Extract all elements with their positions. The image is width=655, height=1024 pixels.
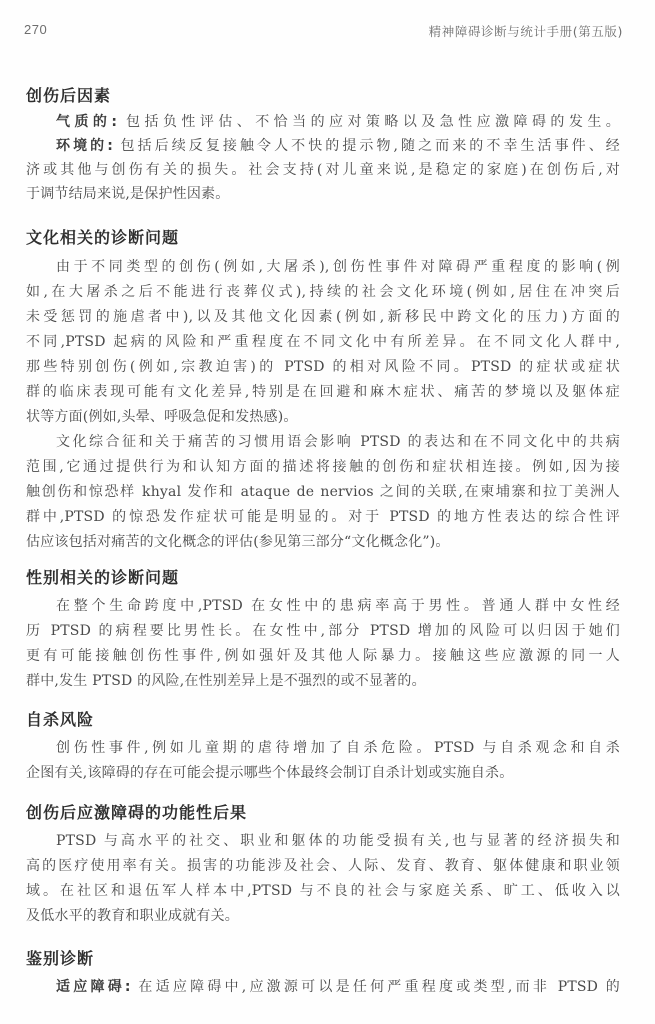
running-header: 270 精神障碍诊断与统计手册(第五版) — [24, 22, 623, 40]
line-text: 包括后续反复接触令人不快的提示物,随之而来的不幸生活事件、经 — [113, 138, 620, 154]
term-label: 气质的: — [56, 114, 117, 130]
line-text: 包括负性评估、不恰当的应对策略以及急性应激障碍的发生。 — [117, 114, 620, 130]
term-label: 适应障碍: — [56, 979, 131, 995]
paragraph-line: PTSD 与高水平的社交、职业和躯体的功能受损有关,也与显著的经济损失和 — [56, 830, 620, 850]
section-heading-functional-consequences: 创伤后应激障碍的功能性后果 — [26, 800, 247, 823]
book-page: 270 精神障碍诊断与统计手册(第五版) 创伤后因素 气质的: 包括负性评估、不… — [0, 0, 655, 1024]
paragraph-line: 历 PTSD 的病程要比男性长。在女性中,部分 PTSD 增加的风险可以归因于她… — [26, 620, 620, 640]
paragraph-line: 环境的: 包括后续反复接触令人不快的提示物,随之而来的不幸生活事件、经 — [56, 135, 620, 155]
paragraph-line: 及低水平的教育和职业成就有关。 — [26, 905, 620, 925]
paragraph-line: 文化综合征和关于痛苦的习惯用语会影响 PTSD 的表达和在不同文化中的共病 — [56, 431, 620, 451]
page-number: 270 — [24, 22, 47, 37]
paragraph-line: 创伤性事件,例如儿童期的虐待增加了自杀危险。PTSD 与自杀观念和自杀 — [56, 737, 620, 757]
paragraph-line: 气质的: 包括负性评估、不恰当的应对策略以及急性应激障碍的发生。 — [56, 111, 620, 131]
paragraph-line: 群的临床表现可能有文化差异,特别是在回避和麻木症状、痛苦的梦境以及躯体症 — [26, 381, 620, 401]
paragraph-line: 济或其他与创伤有关的损失。社会支持(对儿童来说,是稳定的家庭)在创伤后,对 — [26, 159, 620, 179]
term-label: 环境的: — [56, 138, 113, 154]
paragraph-line: 群中,PTSD 的惊恐发作症状可能是明显的。对于 PTSD 的地方性表达的综合性… — [26, 506, 620, 526]
paragraph-line: 适应障碍: 在适应障碍中,应激源可以是任何严重程度或类型,而非 PTSD 的 — [56, 976, 620, 996]
paragraph-line: 域。在社区和退伍军人样本中,PTSD 与不良的社会与家庭关系、旷工、低收入以 — [26, 880, 620, 900]
section-heading-gender-related-issues: 性别相关的诊断问题 — [26, 565, 179, 588]
paragraph-line: 触创伤和惊恐样 khyal 发作和 ataque de nervios 之间的关… — [26, 481, 620, 501]
paragraph-line: 如,在大屠杀之后不能进行丧葬仪式),持续的社会文化环境(例如,居住在冲突后 — [26, 281, 620, 301]
book-title: 精神障碍诊断与统计手册(第五版) — [429, 22, 623, 40]
paragraph-line: 不同,PTSD 起病的风险和严重程度在不同文化中有所差异。在不同文化人群中, — [26, 331, 620, 351]
paragraph-line: 估应该包括对痛苦的文化概念的评估(参见第三部分“文化概念化”)。 — [26, 531, 620, 551]
section-heading-differential-diagnosis: 鉴别诊断 — [26, 946, 94, 969]
paragraph-line: 未受惩罚的施虐者中),以及其他文化因素(例如,新移民中跨文化的压力)方面的 — [26, 306, 620, 326]
section-heading-posttraumatic-factors: 创伤后因素 — [26, 83, 111, 106]
paragraph-line: 那些特别创伤(例如,宗教迫害)的 PTSD 的相对风险不同。PTSD 的症状或症… — [26, 356, 620, 376]
paragraph-line: 由于不同类型的创伤(例如,大屠杀),创伤性事件对障碍严重程度的影响(例 — [56, 256, 620, 276]
paragraph-line: 于调节结局来说,是保护性因素。 — [26, 183, 620, 203]
paragraph-line: 范围,它通过提供行为和认知方面的描述将接触的创伤和症状相连接。例如,因为接 — [26, 456, 620, 476]
paragraph-line: 更有可能接触创伤性事件,例如强奸及其他人际暴力。接触这些应激源的同一人 — [26, 645, 620, 665]
section-heading-culture-related-issues: 文化相关的诊断问题 — [26, 225, 179, 248]
paragraph-line: 在整个生命跨度中,PTSD 在女性中的患病率高于男性。普通人群中女性经 — [56, 595, 620, 615]
paragraph-line: 群中,发生 PTSD 的风险,在性别差异上是不强烈的或不显著的。 — [26, 670, 620, 690]
paragraph-line: 状等方面(例如,头晕、呼吸急促和发热感)。 — [26, 406, 620, 426]
section-heading-suicide-risk: 自杀风险 — [26, 707, 94, 730]
line-text: 在适应障碍中,应激源可以是任何严重程度或类型,而非 PTSD 的 — [131, 979, 620, 995]
paragraph-line: 企图有关,该障碍的存在可能会提示哪些个体最终会制订自杀计划或实施自杀。 — [26, 762, 620, 782]
paragraph-line: 高的医疗使用率有关。损害的功能涉及社会、人际、发育、教育、躯体健康和职业领 — [26, 855, 620, 875]
